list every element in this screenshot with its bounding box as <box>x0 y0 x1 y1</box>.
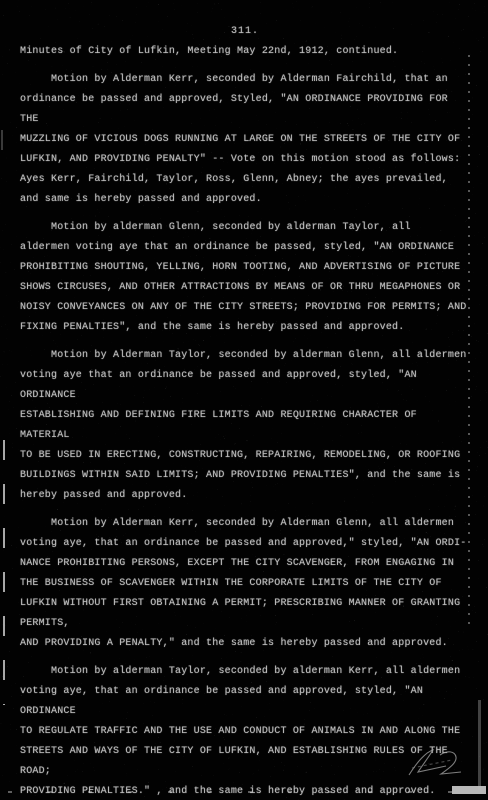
scanned-minutes-page: 311. Minutes of City of Lufkin, Meeting … <box>0 0 488 800</box>
paragraph-motion-fire-limits: Motion by Alderman Taylor, seconded by a… <box>20 346 470 506</box>
paragraph-motion-noise: Motion by alderman Glenn, seconded by al… <box>20 218 470 338</box>
typed-text-layer: 311. Minutes of City of Lufkin, Meeting … <box>0 0 488 800</box>
paragraph-motion-scavenger: Motion by Alderman Kerr, seconded by Ald… <box>20 514 470 654</box>
paragraph-motion-dogs: Motion by Alderman Kerr, seconded by Ald… <box>20 70 470 210</box>
header-line: Minutes of City of Lufkin, Meeting May 2… <box>20 42 470 62</box>
page-number: 311. <box>20 22 470 42</box>
paragraph-motion-traffic: Motion by alderman Taylor, seconded by a… <box>20 662 470 800</box>
